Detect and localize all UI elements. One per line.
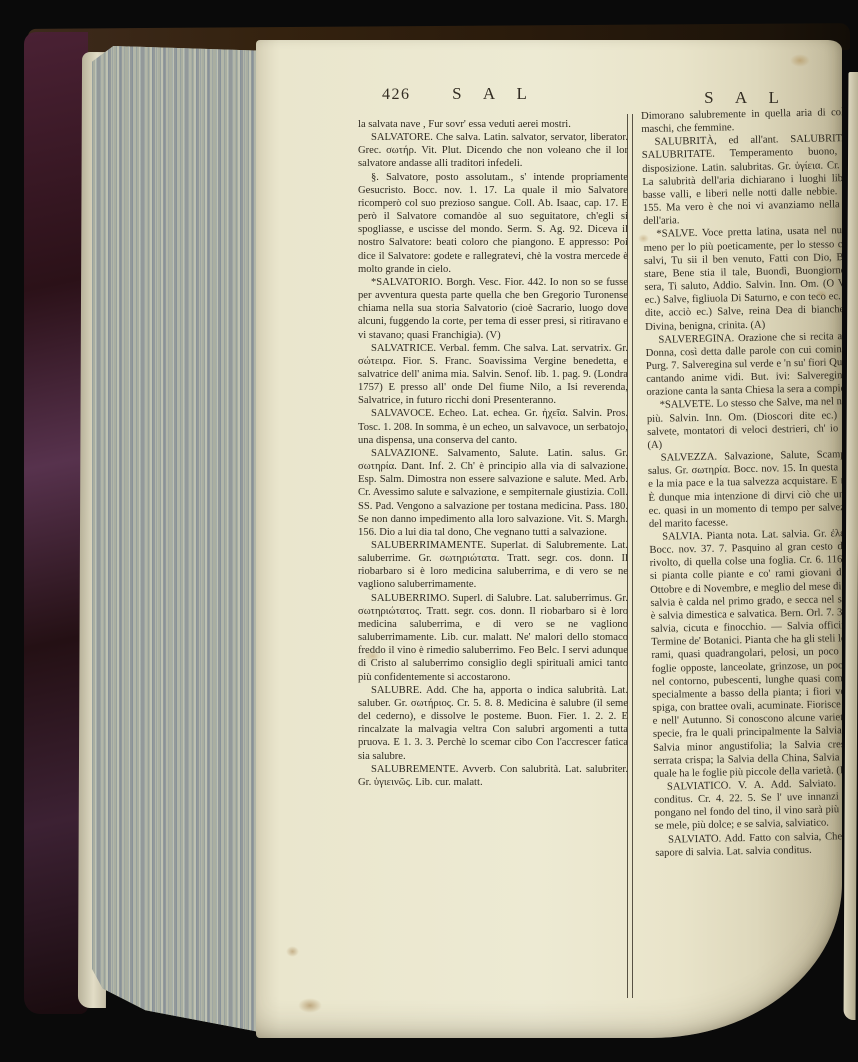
running-head-right: S A L xyxy=(656,88,836,108)
book-page: 426 S A L S A L la salvata nave , Fur so… xyxy=(256,40,842,1038)
dictionary-entry: SALVIATO. Add. Fatto con salvia, Che ha … xyxy=(655,829,842,860)
dictionary-entry: SALVIA. Pianta nota. Lat. salvia. Gr. ἐλ… xyxy=(649,526,842,780)
fore-edge-texture xyxy=(92,46,270,1034)
dictionary-entry: SALVEREGINA. Orazione che si recita a la… xyxy=(645,329,842,399)
dictionary-entry: la salvata nave , Fur sovr' essa veduti … xyxy=(358,118,628,131)
dictionary-entry: *SALVETE. Lo stesso che Salve, ma nel nu… xyxy=(647,395,842,452)
dictionary-entry: SALVATORE. Che salva. Latin. salvator, s… xyxy=(358,131,628,170)
dictionary-entry: SALUBERRIMAMENTE. Superlat. di Salubreme… xyxy=(358,539,628,592)
dictionary-entry: SALUBRITÀ, ed all'ant. SALUBRITADE e SAL… xyxy=(642,132,842,229)
next-page-edge xyxy=(844,72,858,1020)
dictionary-entry: *SALVATORIO. Borgh. Vesc. Fior. 442. Io … xyxy=(358,276,628,342)
dictionary-entry: SALVAZIONE. Salvamento, Salute. Latin. s… xyxy=(358,447,628,539)
dictionary-entry: SALUBRE. Add. Che ha, apporta o indica s… xyxy=(358,684,628,763)
dictionary-entry: SALVIATICO. V. A. Add. Salviato. Lat. sa… xyxy=(654,776,842,833)
dictionary-entry: Dimorano salubremente in quella aria di … xyxy=(641,105,842,136)
running-head-left: S A L xyxy=(404,84,584,104)
dictionary-entry: *SALVE. Voce pretta latina, usata nel nu… xyxy=(643,224,842,334)
dictionary-entry: §. Salvatore, posto assolutam., s' inten… xyxy=(358,171,628,276)
dictionary-entry: SALVEZZA. Salvazione, Salute, Scampo. La… xyxy=(648,447,842,530)
dictionary-entry: SALVAVOCE. Echeo. Lat. echea. Gr. ἠχεῖα.… xyxy=(358,407,628,446)
book-scan: 426 S A L S A L la salvata nave , Fur so… xyxy=(0,0,858,1062)
dictionary-entry: SALVATRICE. Verbal. femm. Che salva. Lat… xyxy=(358,342,628,408)
text-column-left: la salvata nave , Fur sovr' essa veduti … xyxy=(358,118,628,1000)
dictionary-entry: SALUBERRIMO. Superl. di Salubre. Lat. sa… xyxy=(358,592,628,684)
text-column-right: Dimorano salubremente in quella aria di … xyxy=(641,105,842,1001)
dictionary-entry: SALUBREMENTE. Avverb. Con salubrità. Lat… xyxy=(358,763,628,789)
